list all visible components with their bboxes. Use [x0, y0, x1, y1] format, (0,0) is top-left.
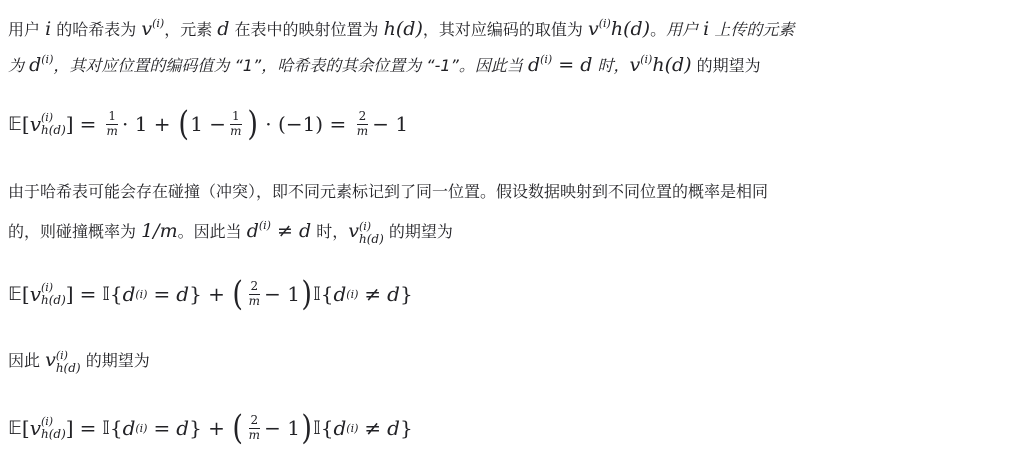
- denominator: m: [249, 429, 260, 442]
- math-d: d: [528, 54, 540, 76]
- indicator-symbol: 𝕀: [313, 283, 320, 305]
- indicator-symbol: 𝕀: [102, 283, 109, 305]
- bracket: ]: [66, 112, 74, 136]
- math-d: d: [387, 282, 400, 306]
- math-superscript: (i): [41, 53, 53, 66]
- superscript: (i): [135, 288, 147, 301]
- paren: ): [247, 107, 258, 141]
- sup-sub: (i)h(d): [359, 221, 384, 245]
- math-prob: 1/m: [141, 220, 178, 242]
- math-d: d: [580, 54, 592, 76]
- bracket: [: [22, 112, 30, 136]
- indicator-symbol: 𝕀: [313, 417, 320, 439]
- brace: {: [321, 416, 334, 440]
- expectation-symbol: 𝔼: [8, 113, 22, 135]
- term: 1 −: [190, 112, 226, 136]
- math-d: d: [217, 18, 229, 40]
- italic-text: 为: [8, 56, 29, 75]
- denominator: m: [249, 295, 260, 308]
- sup-sub: (i)h(d): [41, 282, 66, 306]
- text: 的期望为: [384, 222, 453, 241]
- math-d: d: [387, 416, 400, 440]
- italic-text: 用户: [666, 20, 703, 39]
- fraction: 1m: [106, 110, 118, 137]
- term: − 1: [372, 112, 408, 136]
- text: 。因此当: [178, 222, 247, 241]
- subscript: h(d): [41, 428, 66, 440]
- term: − 1: [264, 416, 300, 440]
- paren: ): [301, 411, 312, 445]
- bracket: ]: [66, 282, 74, 306]
- equation-2: 𝔼[v(i)h(d)] = 𝕀{d(i)=d} + (2m− 1)𝕀{d(i)≠…: [8, 274, 413, 314]
- text: 在表中的映射位置为: [229, 20, 383, 39]
- math-v: v: [629, 54, 640, 76]
- math-superscript: (i): [259, 219, 271, 232]
- math-v: v: [348, 220, 359, 242]
- brace: } +: [189, 282, 225, 306]
- paragraph-2-line-2: 的，则碰撞概率为 1/m。因此当 d(i) ≠ d 时，v(i)h(d) 的期望…: [8, 210, 453, 248]
- math-d: d: [247, 220, 259, 242]
- brace: {: [321, 282, 334, 306]
- math-v: v: [141, 18, 152, 40]
- math-v: v: [45, 349, 56, 371]
- numerator: 1: [106, 110, 118, 124]
- denominator: m: [106, 125, 117, 138]
- term: − 1: [264, 282, 300, 306]
- denominator: m: [357, 125, 368, 138]
- numerator: 2: [249, 280, 261, 294]
- equals: =: [80, 416, 97, 440]
- italic-text: 上传的元素: [709, 20, 794, 39]
- paren: (: [178, 107, 189, 141]
- math-superscript: (i): [152, 17, 164, 30]
- math-v: v: [30, 282, 41, 306]
- paren: (: [233, 411, 244, 445]
- math-v: v: [588, 18, 599, 40]
- subscript: h(d): [56, 362, 81, 374]
- equals: =: [153, 282, 170, 306]
- expectation-symbol: 𝔼: [8, 417, 22, 439]
- math-hd: h(d): [611, 18, 650, 40]
- sup-sub: (i)h(d): [56, 350, 81, 374]
- brace: }: [400, 282, 413, 306]
- math-d: d: [299, 220, 311, 242]
- text: ，元素: [164, 20, 217, 39]
- subscript: h(d): [41, 294, 66, 306]
- math-hd: h(d): [652, 54, 691, 76]
- subscript: h(d): [359, 233, 384, 245]
- text: 时，: [311, 222, 348, 241]
- equation-1: 𝔼[v(i)h(d)] = 1m · 1 + (1 − 1m) · (−1) =…: [8, 104, 408, 144]
- text: ，其对应编码的取值为: [423, 20, 588, 39]
- math-d: d: [29, 54, 41, 76]
- superscript: (i): [41, 112, 66, 123]
- numerator: 2: [249, 414, 261, 428]
- superscript: (i): [135, 422, 147, 435]
- paren: ): [301, 277, 312, 311]
- math-superscript: (i): [540, 53, 552, 66]
- italic-text: 时，: [592, 56, 629, 75]
- text: 因此: [8, 351, 45, 370]
- math-d: d: [333, 416, 346, 440]
- math-v: v: [30, 112, 41, 136]
- text: 的，则碰撞概率为: [8, 222, 141, 241]
- math-d: d: [123, 416, 136, 440]
- denominator: m: [230, 125, 241, 138]
- bracket: [: [22, 282, 30, 306]
- text: 的期望为: [81, 351, 150, 370]
- paren: (: [233, 277, 244, 311]
- italic-text: ，其对应位置的编码值为 “1”，哈希表的其余位置为 “-1”。因此当: [53, 56, 528, 75]
- sup-sub: (i)h(d): [41, 416, 66, 440]
- math-d: d: [123, 282, 136, 306]
- numerator: 2: [357, 110, 369, 124]
- bracket: [: [22, 416, 30, 440]
- expectation-symbol: 𝔼: [8, 283, 22, 305]
- fraction: 1m: [230, 110, 242, 137]
- subscript: h(d): [41, 124, 66, 136]
- text: 的期望为: [692, 56, 761, 75]
- fraction: 2m: [249, 280, 261, 307]
- equals: =: [80, 112, 97, 136]
- math-superscript: (i): [640, 53, 652, 66]
- equals: =: [153, 416, 170, 440]
- term: · 1 +: [122, 112, 171, 136]
- math-equals: =: [552, 54, 580, 76]
- superscript: (i): [41, 282, 66, 293]
- document-body: 用户 i 的哈希表为 v(i)，元素 d 在表中的映射位置为 h(d)，其对应编…: [0, 0, 1013, 459]
- text: 用户: [8, 20, 45, 39]
- math-hd: h(d): [384, 18, 423, 40]
- indicator-symbol: 𝕀: [102, 417, 109, 439]
- math-d: d: [333, 282, 346, 306]
- not-equals: ≠: [364, 416, 381, 440]
- math-neq: ≠: [271, 220, 299, 242]
- math-d: d: [176, 282, 189, 306]
- superscript: (i): [346, 288, 358, 301]
- text: 的哈希表为: [51, 20, 141, 39]
- paragraph-3: 因此 v(i)h(d) 的期望为: [8, 344, 150, 377]
- math-v: v: [30, 416, 41, 440]
- not-equals: ≠: [364, 282, 381, 306]
- superscript: (i): [41, 416, 66, 427]
- term: · (−1) =: [265, 112, 346, 136]
- brace: }: [400, 416, 413, 440]
- superscript: (i): [359, 221, 384, 232]
- math-superscript: (i): [599, 17, 611, 30]
- paragraph-2-line-1: 由于哈希表可能会存在碰撞（冲突），即不同元素标记到了同一位置。假设数据映射到不同…: [8, 176, 768, 208]
- fraction: 2m: [249, 414, 261, 441]
- numerator: 1: [230, 110, 242, 124]
- superscript: (i): [56, 350, 81, 361]
- sup-sub: (i)h(d): [41, 112, 66, 136]
- superscript: (i): [346, 422, 358, 435]
- bracket: ]: [66, 416, 74, 440]
- paragraph-1-line-2: 为 d(i)，其对应位置的编码值为 “1”，哈希表的其余位置为 “-1”。因此当…: [8, 44, 761, 82]
- text: 。: [650, 20, 666, 39]
- equals: =: [80, 282, 97, 306]
- paragraph-1-line-1: 用户 i 的哈希表为 v(i)，元素 d 在表中的映射位置为 h(d)，其对应编…: [8, 8, 794, 46]
- math-d: d: [176, 416, 189, 440]
- brace: {: [110, 416, 123, 440]
- fraction: 2m: [357, 110, 369, 137]
- brace: } +: [189, 416, 225, 440]
- equation-3: 𝔼[v(i)h(d)] = 𝕀{d(i)=d} + (2m− 1)𝕀{d(i)≠…: [8, 408, 413, 448]
- brace: {: [110, 282, 123, 306]
